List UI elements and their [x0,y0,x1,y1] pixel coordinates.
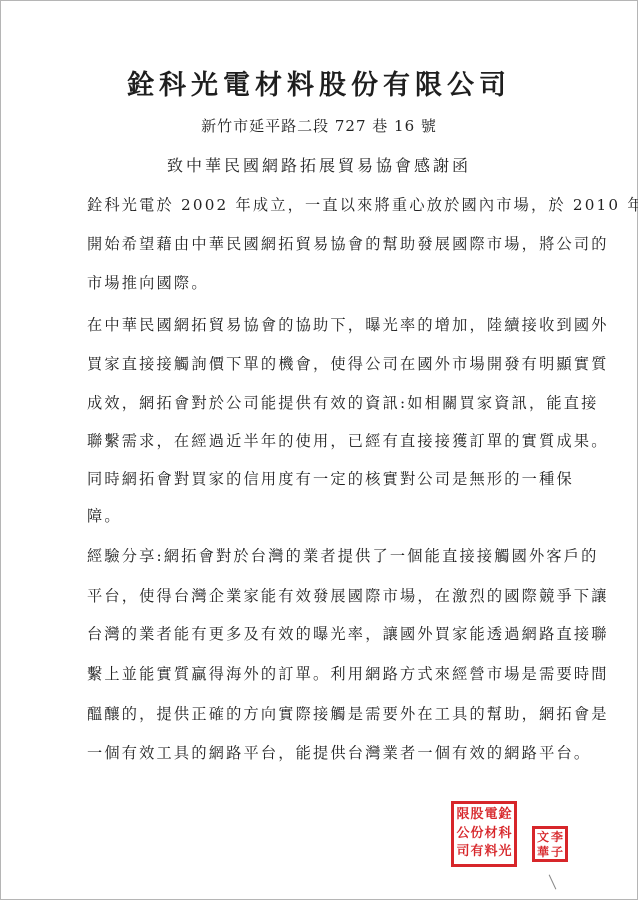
personal-seal-stamp: 李 子 文 華 [532,826,568,862]
seal-char: 材 [484,825,498,844]
seal-char: 子 [550,845,564,860]
body-line: 平台，使得台灣企業家能有效發展國際市場，在激烈的國際競爭下讓 [87,585,609,606]
body-line: 聯繫需求，在經過近半年的使用，已經有直接接獲訂單的實質成果。 [87,430,609,451]
seal-char: 司 [456,843,470,862]
letter-page: 銓科光電材料股份有限公司 新竹市延平路二段 727 巷 16 號 致中華民國網路… [0,0,638,900]
seal-char: 華 [536,845,550,860]
letter-subject: 致中華民國網路拓展貿易協會感謝函 [1,153,637,176]
body-line: 一個有效工具的網路平台，能提供台灣業者一個有效的網路平台。 [87,742,591,763]
seal-char: 有 [470,843,484,862]
body-line: 台灣的業者能有更多及有效的曝光率，讓國外買家能透過網路直接聯 [87,623,609,644]
body-line: 市場推向國際。 [87,272,209,293]
seal-char: 公 [456,825,470,844]
seal-char: 銓 [498,806,512,825]
scan-artifact-mark [549,875,557,890]
seal-char: 料 [484,843,498,862]
body-line: 障。 [87,505,122,526]
body-line: 同時網拓會對買家的信用度有一定的核實對公司是無形的一種保 [87,468,574,489]
body-line: 買家直接接觸詢價下單的機會，使得公司在國外市場開發有明顯實質 [87,353,609,374]
body-line: 在中華民國網拓貿易協會的協助下，曝光率的增加，陸續接收到國外 [87,314,609,335]
seal-char: 股 [470,806,484,825]
seal-char: 科 [498,825,512,844]
body-line: 成效，網拓會對於公司能提供有效的資訊:如相關買家資訊，能直接 [87,392,599,413]
body-line: 醞釀的，提供正確的方向實際接觸是需要外在工具的幫助，網拓會是 [87,703,609,724]
body-line: 經驗分享:網拓會對於台灣的業者提供了一個能直接接觸國外客戶的 [87,545,599,566]
seal-char: 光 [498,843,512,862]
seal-char: 限 [456,806,470,825]
body-line: 繫上並能實質贏得海外的訂單。利用網路方式來經營市場是需要時間 [87,663,609,684]
company-seal-stamp: 銓 科 光 電 材 料 股 份 有 限 公 司 [451,801,517,867]
seal-char: 份 [470,825,484,844]
body-line: 銓科光電於 2002 年成立，一直以來將重心放於國內市場，於 2010 年 [87,194,638,215]
seal-char: 李 [550,830,564,845]
seal-char: 文 [536,830,550,845]
company-address: 新竹市延平路二段 727 巷 16 號 [1,115,637,136]
company-name-heading: 銓科光電材料股份有限公司 [1,63,637,102]
body-line: 開始希望藉由中華民國網拓貿易協會的幫助發展國際市場，將公司的 [87,233,609,254]
seal-char: 電 [484,806,498,825]
